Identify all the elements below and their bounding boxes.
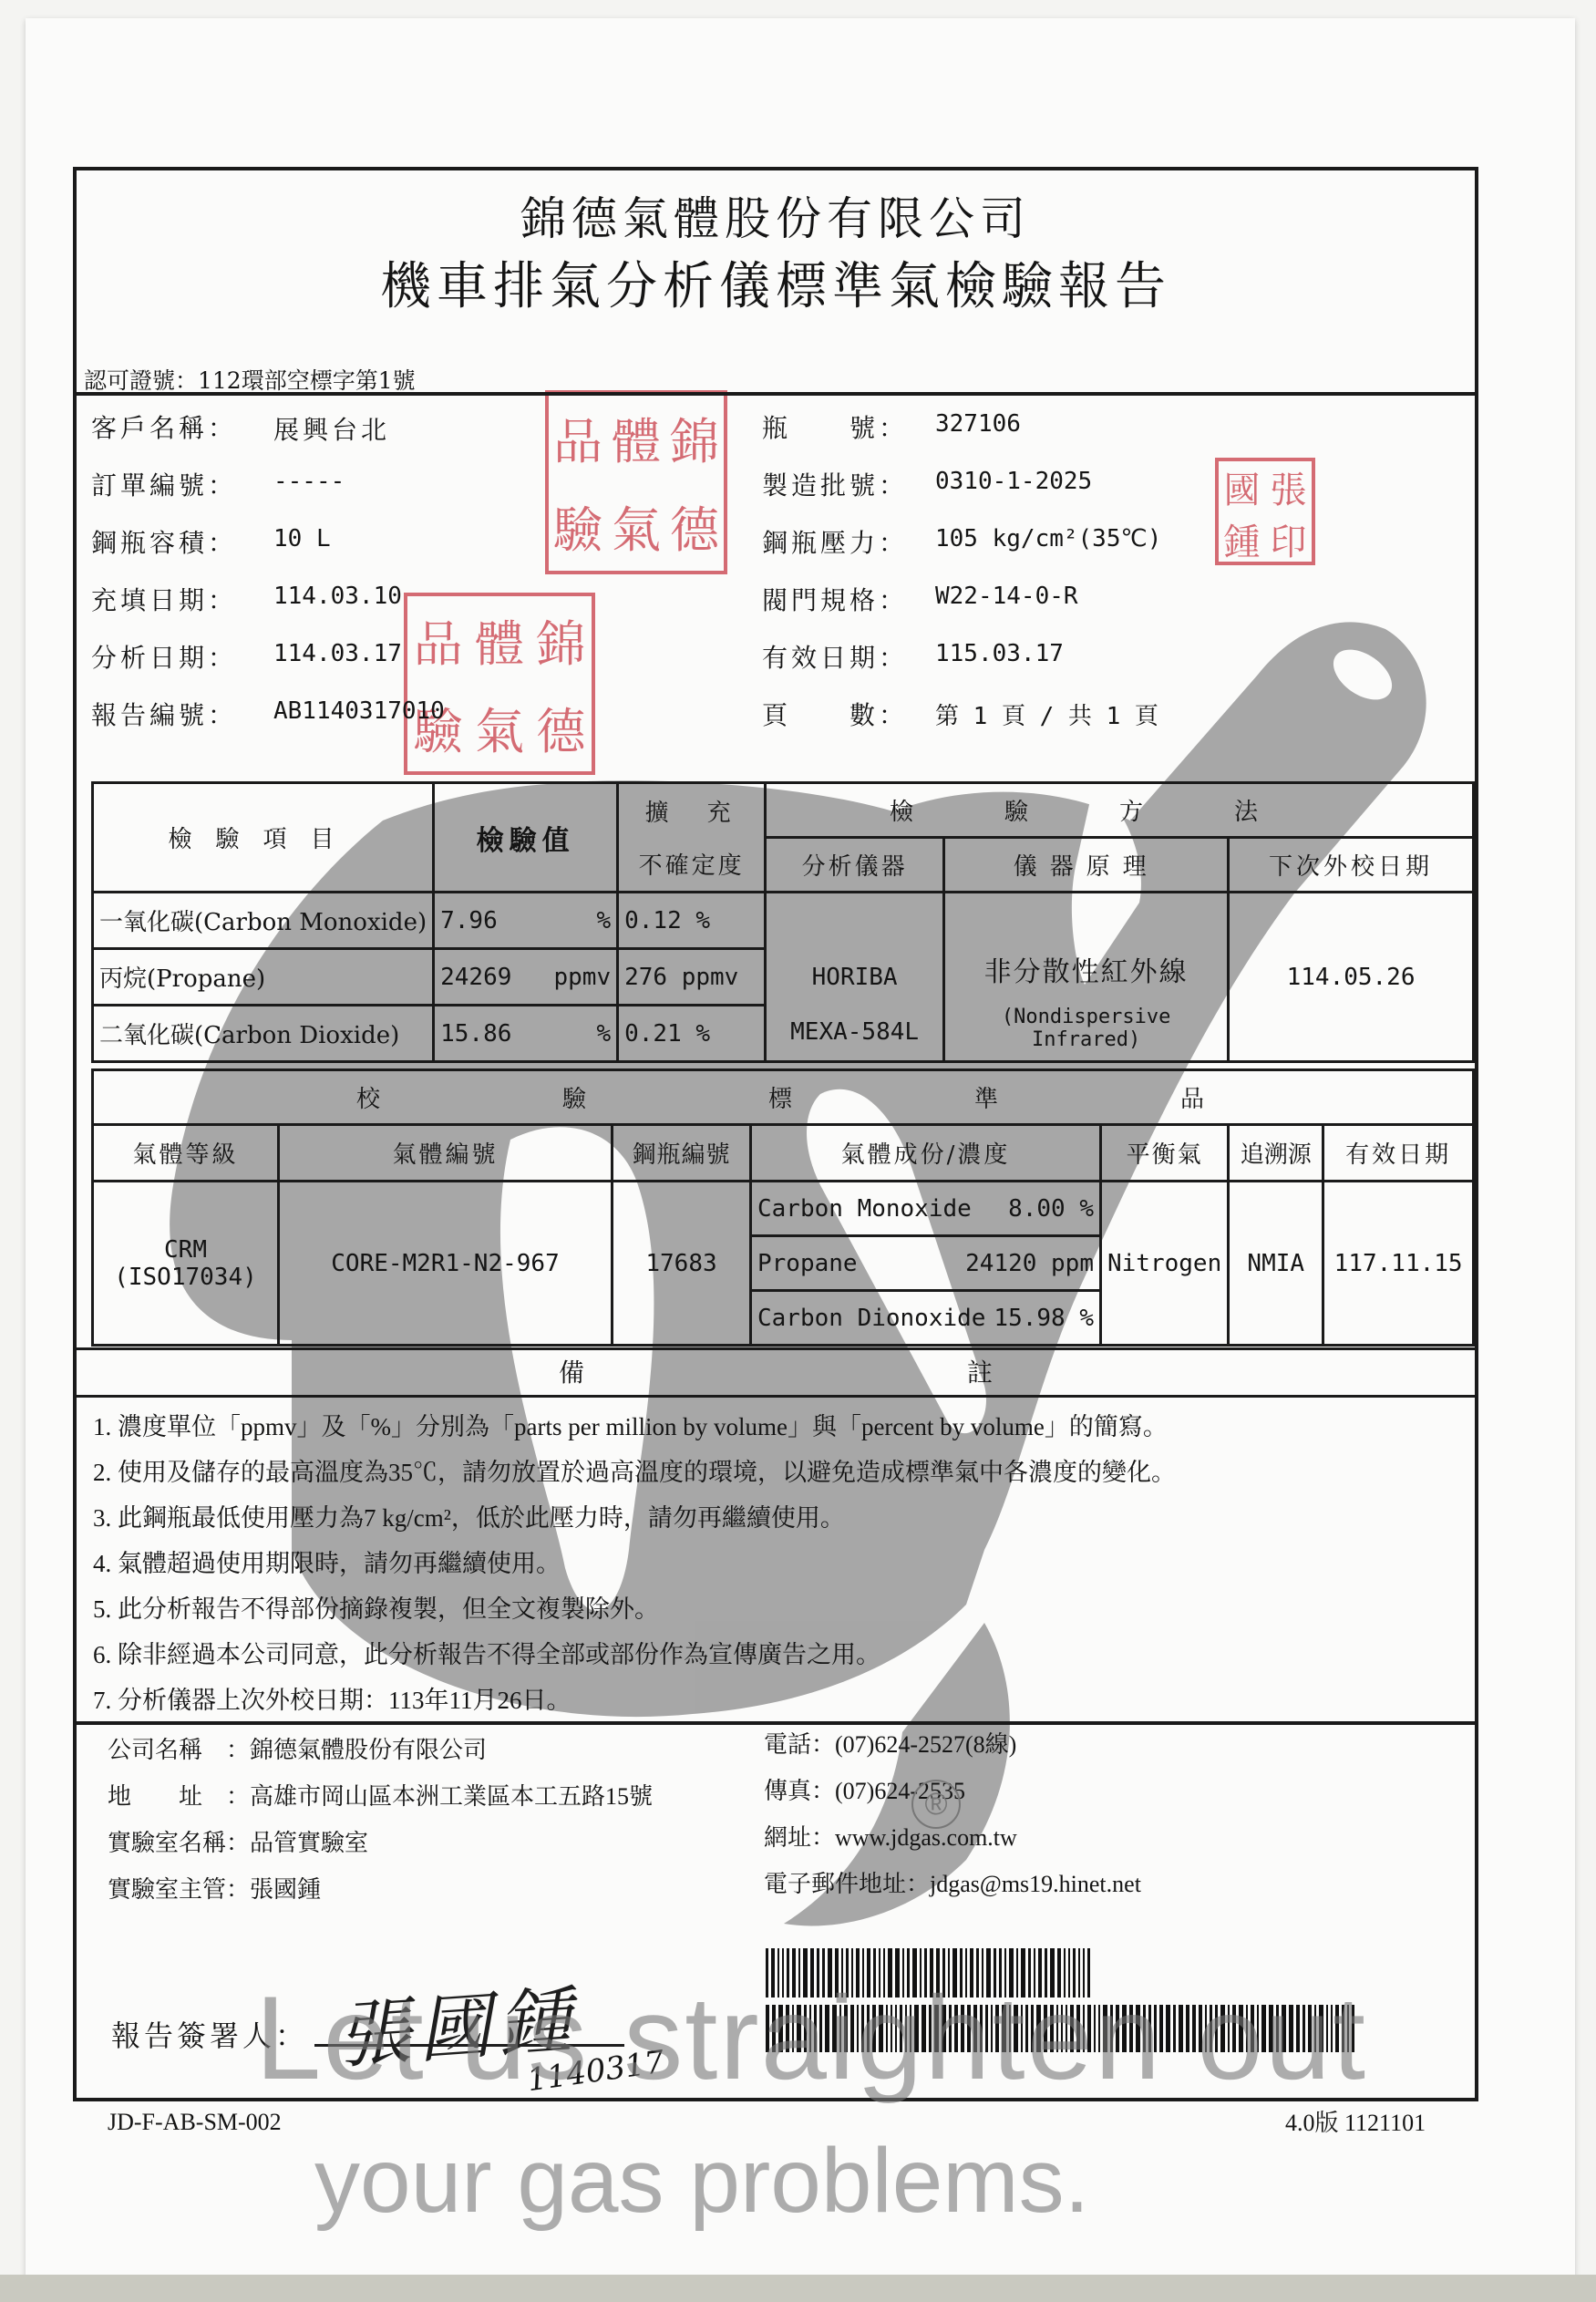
- header-uncertainty-bottom: 不確定度: [618, 838, 766, 893]
- calibration-standard-table: 校驗標準品 氣體等級 氣體編號 鋼瓶編號 氣體成份/濃度 平衡氣 追溯源 有效日…: [91, 1068, 1475, 1347]
- info-label: 頁 數：: [762, 696, 908, 732]
- info-value: 0310-1-2025: [935, 468, 1092, 495]
- divider: [77, 392, 1475, 396]
- component-conc: 24120 ppm: [965, 1250, 1094, 1277]
- report-title: 機車排氣分析儀標準氣檢驗報告: [73, 246, 1478, 319]
- info-label: 鋼瓶壓力：: [762, 523, 908, 560]
- principle-zh: 非分散性紅外線: [951, 949, 1221, 989]
- header-cylinder-id: 鋼瓶編號: [613, 1125, 751, 1182]
- form-code: JD-F-AB-SM-002: [108, 2109, 282, 2136]
- info-label: 報告編號：: [91, 696, 237, 732]
- grade-standard: (ISO17034): [99, 1264, 272, 1291]
- header-item: 檢驗項目: [93, 783, 434, 893]
- contact-line: 公司名稱 ：錦德氣體股份有限公司: [108, 1727, 653, 1773]
- uncertainty: 0.12 %: [618, 893, 766, 949]
- item-name: 一氧化碳(Carbon Monoxide): [93, 893, 434, 949]
- info-label: 製造批號：: [762, 466, 908, 502]
- principle-en: (Nondispersive Infrared): [951, 1006, 1221, 1051]
- value-unit: %: [596, 1020, 611, 1048]
- contact-line: 電話：(07)624-2527(8線): [764, 1721, 1141, 1768]
- remarks-title: 備註: [77, 1353, 1475, 1389]
- traceability: NMIA: [1229, 1182, 1323, 1346]
- info-value: W22-14-0-R: [935, 583, 1078, 610]
- contact-line: 地 址 ：高雄市岡山區本洲工業區本工五路15號: [108, 1773, 653, 1820]
- remark-item: 4. 氣體超過使用期限時，請勿再繼續使用。: [93, 1541, 1176, 1586]
- remarks-list: 1. 濃度單位「ppmv」及「%」分別為「parts per million b…: [93, 1404, 1176, 1723]
- header-gas-id: 氣體編號: [279, 1125, 613, 1182]
- background-surface: [0, 2275, 1596, 2302]
- header-grade: 氣體等級: [93, 1125, 279, 1182]
- measured-value: 15.86%: [434, 1006, 618, 1062]
- component: Carbon Dionoxide15.98 %: [751, 1291, 1101, 1346]
- expiry-date: 117.11.15: [1323, 1182, 1474, 1346]
- principle: 非分散性紅外線(Nondispersive Infrared): [944, 893, 1229, 1062]
- uncertainty: 0.21 %: [618, 1006, 766, 1062]
- item-name: 二氧化碳(Carbon Dioxide): [93, 1006, 434, 1062]
- info-value: 114.03.17: [273, 640, 402, 667]
- header-composition: 氣體成份/濃度: [751, 1125, 1101, 1182]
- company-info-left: 公司名稱 ：錦德氣體股份有限公司地 址 ：高雄市岡山區本洲工業區本工五路15號實…: [108, 1727, 653, 1913]
- inspection-results-table: 檢驗項目 檢驗值 擴 充 檢驗方法 不確定度 分析儀器 儀器原理 下次外校日期 …: [91, 781, 1475, 1063]
- contact-line: 實驗室主管：張國鍾: [108, 1866, 653, 1913]
- registered-trademark-icon: ®: [911, 1780, 961, 1829]
- header-balance: 平衡氣: [1101, 1125, 1229, 1182]
- info-value: 115.03.17: [935, 640, 1064, 667]
- component: Propane24120 ppm: [751, 1236, 1101, 1291]
- value-unit: ppmv: [553, 964, 611, 991]
- info-value: 展興台北: [273, 410, 390, 447]
- info-value: AB1140317010: [273, 697, 445, 725]
- table-row: CRM(ISO17034) CORE-M2R1-N2-967 17683 Car…: [93, 1182, 1474, 1236]
- component-name: Carbon Dionoxide: [757, 1305, 985, 1332]
- next-calibration-date: 114.05.26: [1229, 893, 1474, 1062]
- info-value: 10 L: [273, 525, 331, 552]
- info-label: 鋼瓶容積：: [91, 523, 237, 560]
- info-label: 閥門規格：: [762, 581, 908, 617]
- info-value: -----: [273, 468, 345, 495]
- remark-item: 3. 此鋼瓶最低使用壓力為7 kg/cm²，低於此壓力時，請勿再繼續使用。: [93, 1495, 1176, 1541]
- remark-item: 7. 分析儀器上次外校日期：113年11月26日。: [93, 1677, 1176, 1723]
- component: Carbon Monoxide8.00 %: [751, 1182, 1101, 1236]
- header-next-calibration: 下次外校日期: [1229, 838, 1474, 893]
- contact-line: 電子郵件地址：jdgas@ms19.hinet.net: [764, 1861, 1141, 1907]
- contact-line: 實驗室名稱：品管實驗室: [108, 1820, 653, 1866]
- value-number: 7.96: [440, 907, 498, 934]
- header-principle: 儀器原理: [944, 838, 1229, 893]
- info-label: 客戶名稱：: [91, 408, 237, 445]
- grade-name: CRM: [99, 1236, 272, 1264]
- component-name: Propane: [757, 1250, 858, 1277]
- instrument-maker: HORIBA: [772, 964, 937, 991]
- calibration-section-title: 校驗標準品: [93, 1070, 1474, 1125]
- uncertainty: 276 ppmv: [618, 949, 766, 1006]
- measured-value: 24269ppmv: [434, 949, 618, 1006]
- company-title: 錦德氣體股份有限公司: [73, 182, 1478, 248]
- remark-item: 5. 此分析報告不得部份摘錄複製，但全文複製除外。: [93, 1586, 1176, 1632]
- cylinder-id: 17683: [613, 1182, 751, 1346]
- watermark-slogan-line1: Let us straighten out: [255, 1969, 1367, 2106]
- divider: [77, 1395, 1475, 1398]
- gas-id: CORE-M2R1-N2-967: [279, 1182, 613, 1346]
- header-instrument: 分析儀器: [766, 838, 944, 893]
- info-value: 105 kg/cm²(35℃): [935, 525, 1161, 552]
- instrument-model: MEXA-584L: [772, 1018, 937, 1046]
- header-expiry: 有效日期: [1323, 1125, 1474, 1182]
- divider: [77, 1347, 1475, 1350]
- permit-number: 認可證號：112環部空標字第1號: [84, 363, 416, 396]
- info-value: 327106: [935, 410, 1021, 438]
- info-label: 充填日期：: [91, 581, 237, 617]
- remark-item: 1. 濃度單位「ppmv」及「%」分別為「parts per million b…: [93, 1404, 1176, 1450]
- watermark-slogan-line2: your gas problems.: [314, 2129, 1089, 2234]
- value-number: 24269: [440, 964, 511, 991]
- header-method: 檢驗方法: [766, 783, 1474, 838]
- info-value: 114.03.10: [273, 583, 402, 610]
- version-number: 4.0版 1121101: [1285, 2104, 1426, 2138]
- info-label: 瓶 號：: [762, 408, 908, 445]
- remark-item: 2. 使用及儲存的最高溫度為35℃，請勿放置於過高溫度的環境，以避免造成標準氣中…: [93, 1450, 1176, 1495]
- header-traceability: 追溯源: [1229, 1125, 1323, 1182]
- header-value: 檢驗值: [434, 783, 618, 893]
- balance-gas: Nitrogen: [1101, 1182, 1229, 1346]
- gas-grade: CRM(ISO17034): [93, 1182, 279, 1346]
- measured-value: 7.96%: [434, 893, 618, 949]
- item-name: 丙烷(Propane): [93, 949, 434, 1006]
- instrument: HORIBAMEXA-584L: [766, 893, 944, 1062]
- component-conc: 8.00 %: [1008, 1195, 1094, 1223]
- info-label: 分析日期：: [91, 638, 237, 675]
- component-name: Carbon Monoxide: [757, 1195, 972, 1223]
- value-number: 15.86: [440, 1020, 511, 1048]
- value-unit: %: [596, 907, 611, 934]
- table-row: 一氧化碳(Carbon Monoxide) 7.96% 0.12 % HORIB…: [93, 893, 1474, 949]
- info-label: 訂單編號：: [91, 466, 237, 502]
- component-conc: 15.98 %: [994, 1305, 1094, 1332]
- info-label: 有效日期：: [762, 638, 908, 675]
- remark-item: 6. 除非經過本公司同意，此分析報告不得全部或部份作為宣傳廣告之用。: [93, 1632, 1176, 1677]
- info-value: 第 1 頁 / 共 1 頁: [935, 697, 1158, 731]
- header-uncertainty-top: 擴 充: [618, 783, 766, 838]
